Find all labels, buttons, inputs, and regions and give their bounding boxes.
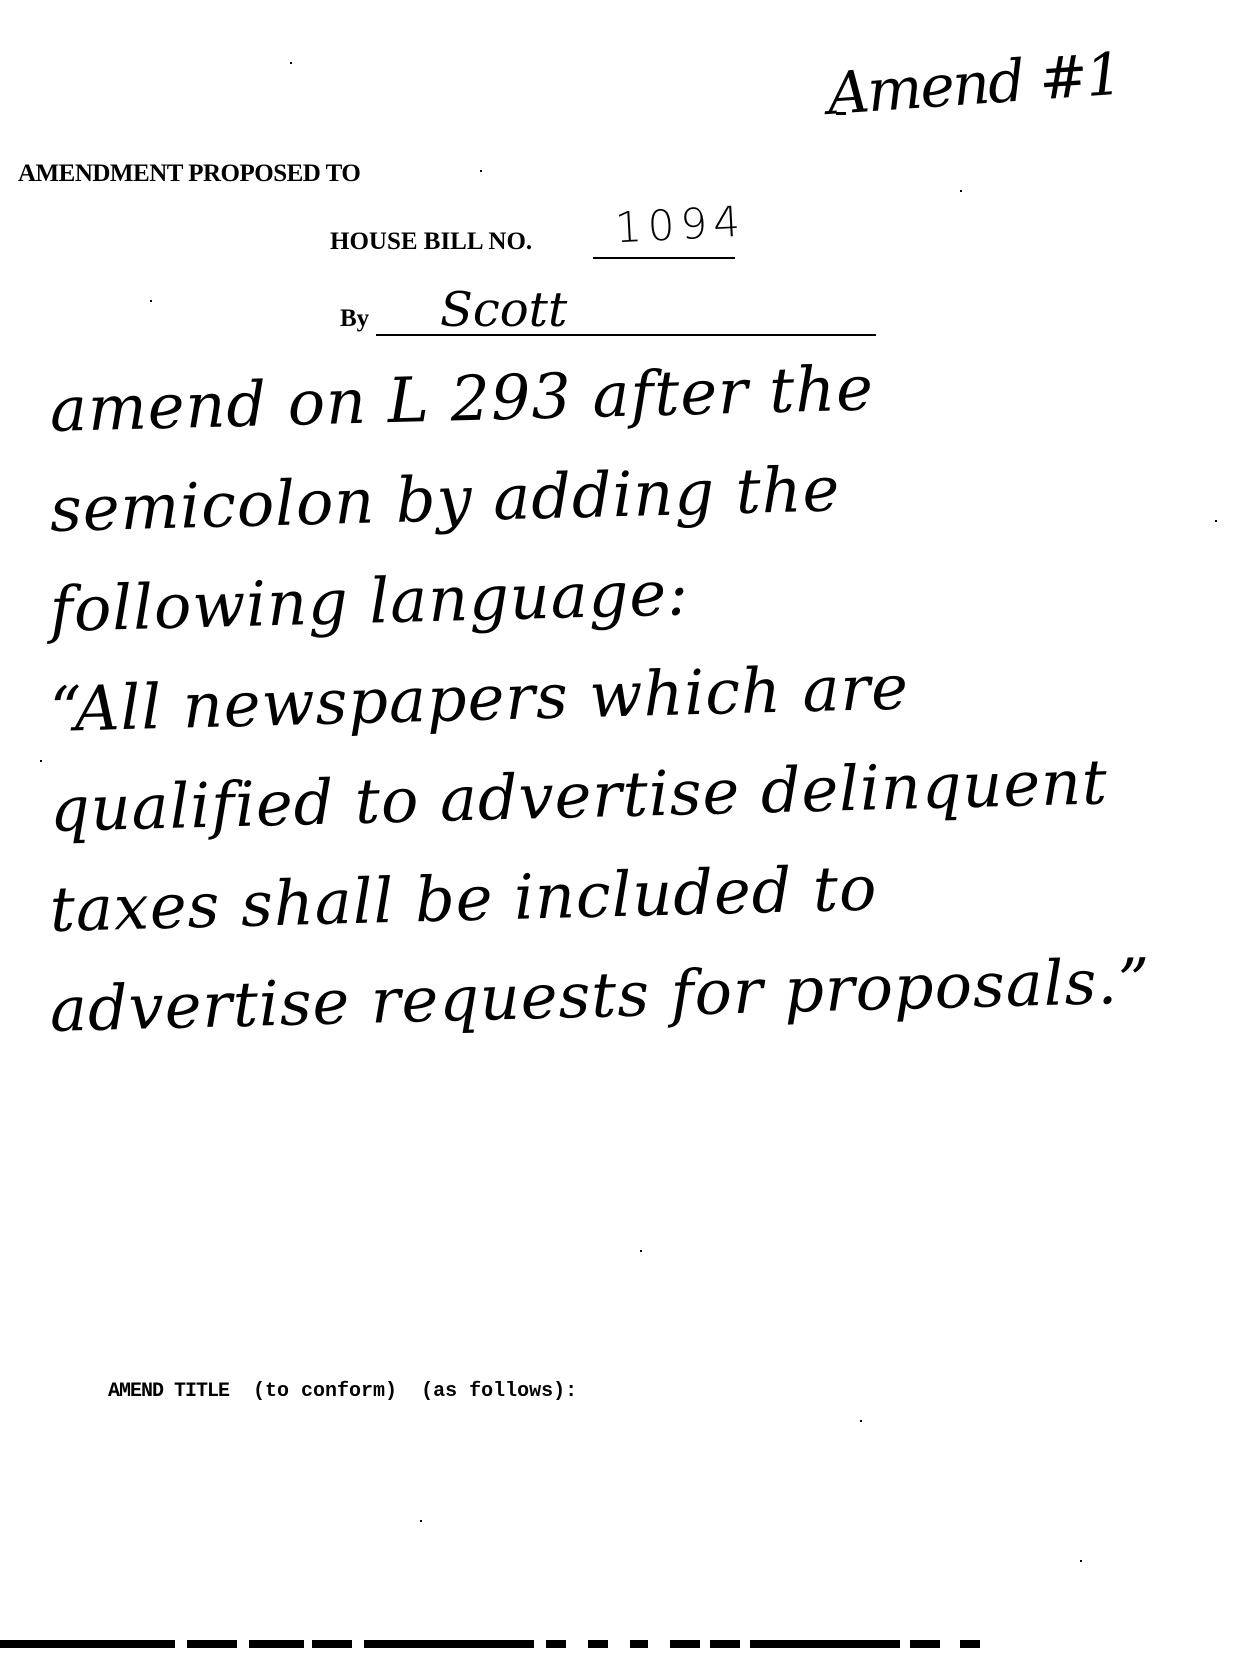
bill-number-handwritten: 1094 [614,197,747,253]
amend-title-line: AMEND TITLE (to conform) (as follows): [108,1380,577,1403]
bill-number-blank-line [593,257,735,259]
amend-title-instructions: (to conform) (as follows): [229,1380,577,1403]
scan-speck [860,1420,862,1422]
footer-rule [0,1640,1250,1648]
scan-speck [150,300,152,302]
amendment-form-page: Amend #1 AMENDMENT PROPOSED TO HOUSE BIL… [0,0,1250,1654]
scan-speck [1080,1560,1082,1562]
sponsor-label: By [340,305,369,333]
bill-number-label: HOUSE BILL NO. [330,228,532,256]
scan-speck [640,1250,642,1252]
amend-title-label: AMEND TITLE [108,1380,229,1403]
handwritten-amendment-number: Amend #1 [825,40,1123,128]
scan-speck [290,62,292,64]
sponsor-signature: Scott [440,282,567,338]
handwritten-amendment-text: amend on L 293 after the semicolon by ad… [50,360,1230,1060]
scan-speck [40,760,42,762]
scan-speck [960,190,962,192]
scan-speck [1215,520,1217,522]
scan-speck [480,170,482,172]
scan-speck [420,1520,422,1522]
form-heading: AMENDMENT PROPOSED TO [18,160,360,188]
